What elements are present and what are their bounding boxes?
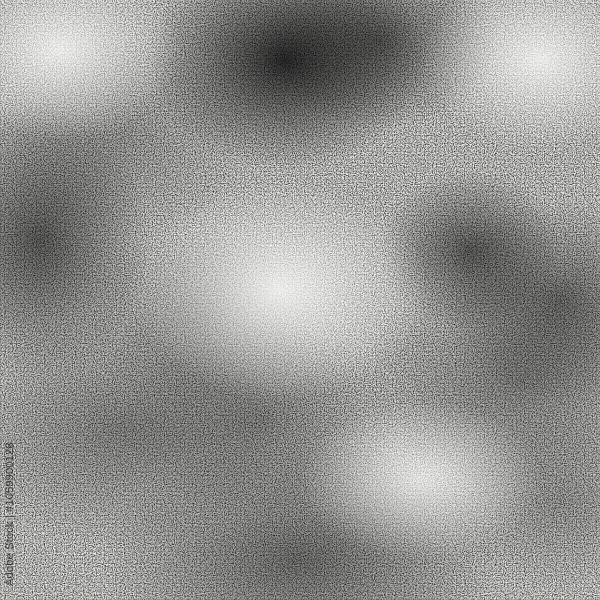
grunge-texture-image: Adobe Stock | #1059900128 (0, 0, 600, 600)
light-patches (0, 0, 600, 600)
stock-watermark: Adobe Stock | #1059900128 (4, 442, 16, 586)
